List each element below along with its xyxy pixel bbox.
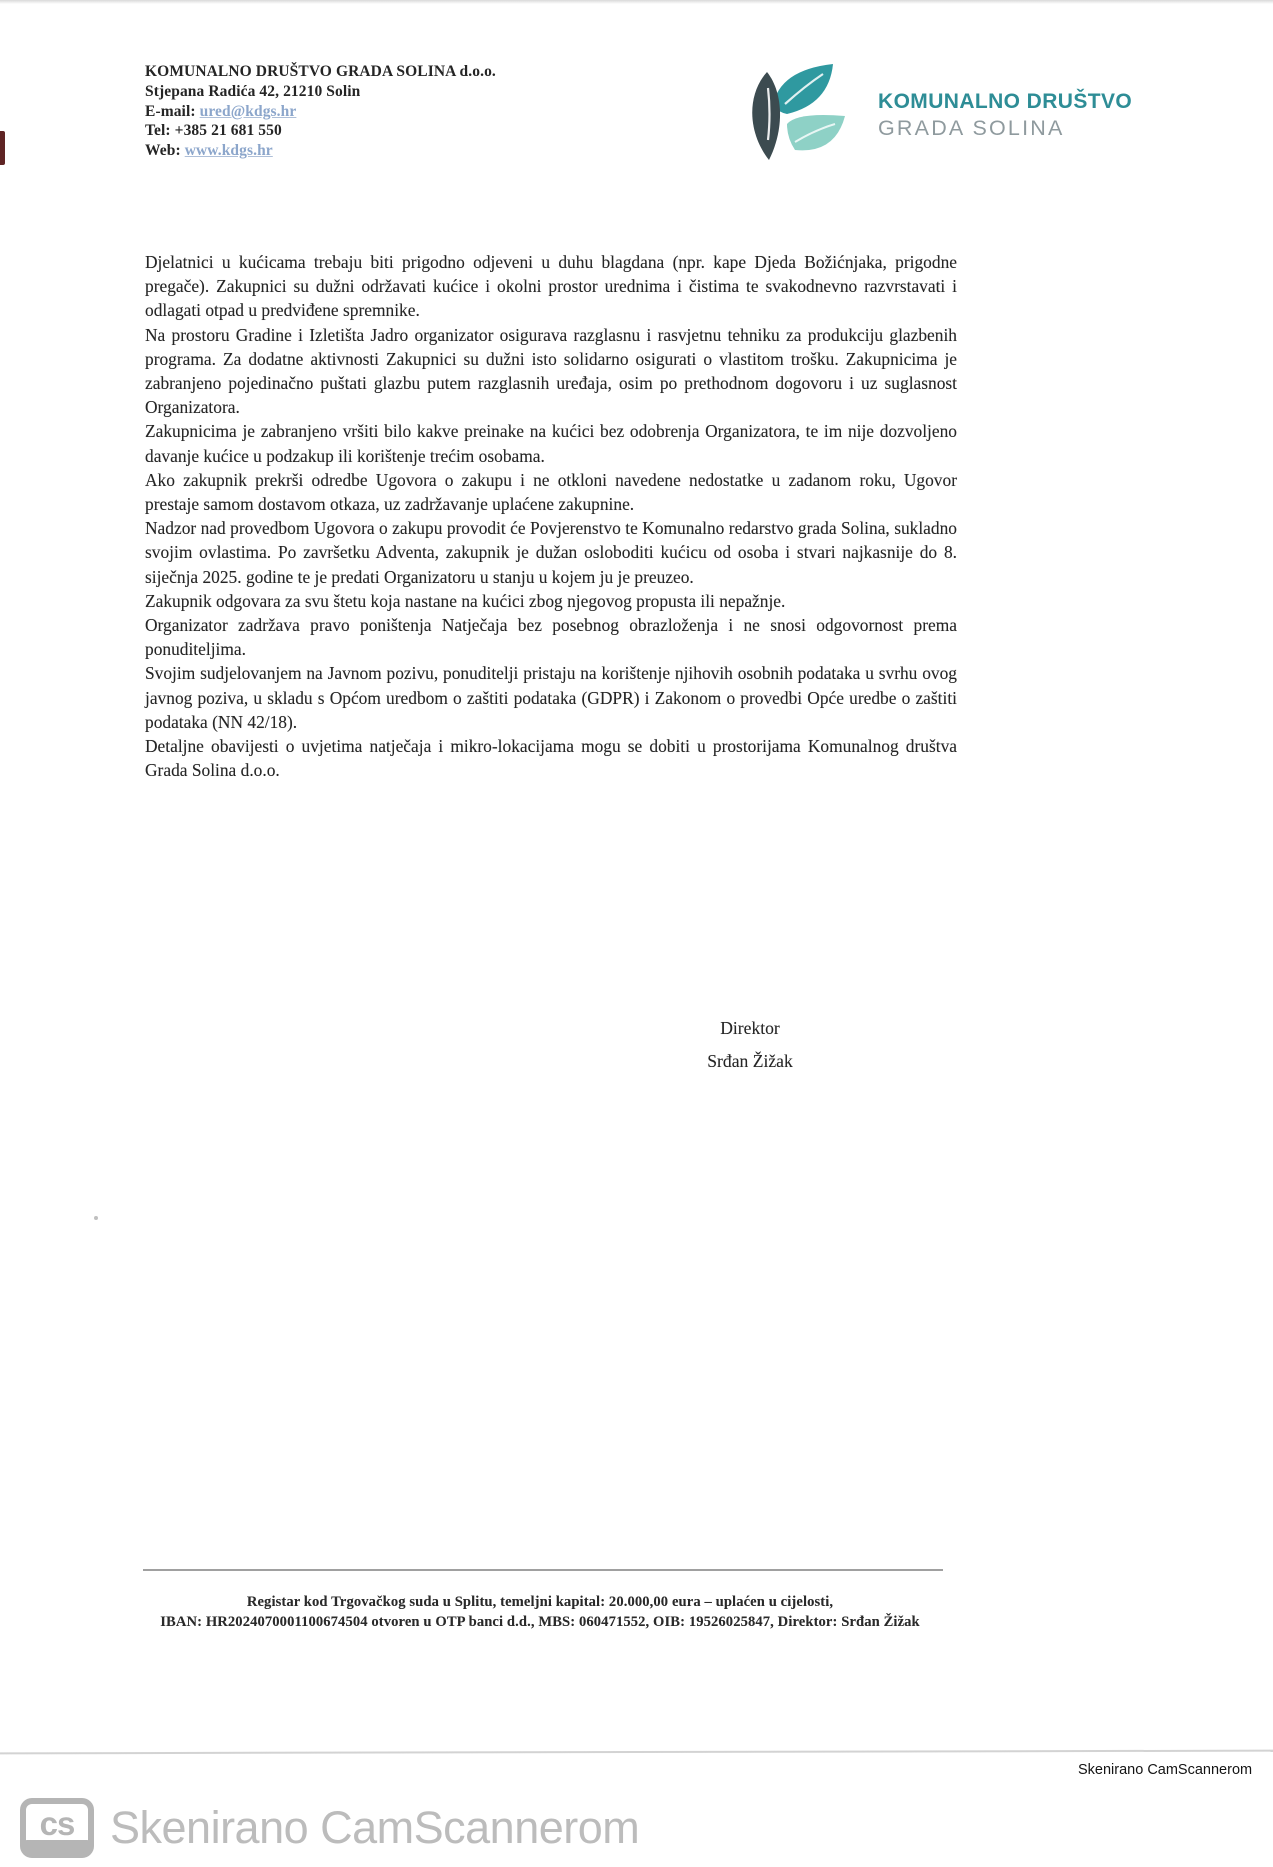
signature-block: Direktor Srđan Žižak bbox=[620, 1012, 880, 1078]
paragraph: Zakupnik odgovara za svu štetu koja nast… bbox=[145, 589, 957, 613]
footer-line-1: Registar kod Trgovačkog suda u Splitu, t… bbox=[85, 1592, 995, 1612]
camscanner-small-label: Skenirano CamScannerom bbox=[1078, 1762, 1252, 1778]
scan-top-edge-artifact bbox=[0, 0, 1273, 4]
footer-divider bbox=[143, 1569, 943, 1571]
company-phone: Tel: +385 21 681 550 bbox=[145, 121, 496, 141]
paragraph: Organizator zadržava pravo poništenja Na… bbox=[145, 613, 957, 661]
web-link[interactable]: www.kdgs.hr bbox=[185, 142, 273, 159]
signature-name: Srđan Žižak bbox=[620, 1045, 880, 1078]
paragraph: Na prostoru Gradine i Izletišta Jadro or… bbox=[145, 323, 957, 420]
company-address: Stjepana Radića 42, 21210 Solin bbox=[145, 82, 496, 102]
logo-wordmark: KOMUNALNO DRUŠTVO GRADA SOLINA bbox=[878, 90, 1132, 141]
scan-page-bottom-edge bbox=[0, 1750, 1273, 1755]
leaf-logo-icon bbox=[735, 62, 865, 170]
company-contact-block: KOMUNALNO DRUŠTVO GRADA SOLINA d.o.o. St… bbox=[145, 62, 496, 161]
company-web-line: Web: www.kdgs.hr bbox=[145, 141, 496, 161]
paragraph: Nadzor nad provedbom Ugovora o zakupu pr… bbox=[145, 516, 957, 589]
web-label: Web: bbox=[145, 142, 185, 159]
footer-line-2: IBAN: HR2024070001100674504 otvoren u OT… bbox=[85, 1612, 995, 1632]
paragraph: Detaljne obavijesti o uvjetima natječaja… bbox=[145, 734, 957, 782]
email-link[interactable]: ured@kdgs.hr bbox=[200, 103, 297, 120]
camscanner-cs-icon: cs bbox=[20, 1798, 94, 1858]
paragraph: Ako zakupnik prekrši odredbe Ugovora o z… bbox=[145, 468, 957, 516]
camscanner-watermark-label: Skenirano CamScannerom bbox=[110, 1802, 639, 1854]
email-label: E-mail: bbox=[145, 103, 200, 120]
company-logo: KOMUNALNO DRUŠTVO GRADA SOLINA bbox=[735, 60, 1165, 170]
signature-title: Direktor bbox=[620, 1012, 880, 1045]
logo-wordmark-line1: KOMUNALNO DRUŠTVO bbox=[878, 90, 1132, 114]
scan-red-edge-artifact bbox=[0, 131, 5, 165]
camscanner-watermark: cs Skenirano CamScannerom bbox=[20, 1793, 639, 1863]
paragraph: Djelatnici u kućicama trebaju biti prigo… bbox=[145, 250, 957, 323]
company-name: KOMUNALNO DRUŠTVO GRADA SOLINA d.o.o. bbox=[145, 62, 496, 82]
paragraph: Zakupnicima je zabranjeno vršiti bilo ka… bbox=[145, 419, 957, 467]
cs-badge-band bbox=[25, 1840, 89, 1853]
paragraph: Svojim sudjelovanjem na Javnom pozivu, p… bbox=[145, 661, 957, 734]
footer-legal-block: Registar kod Trgovačkog suda u Splitu, t… bbox=[85, 1592, 995, 1632]
cs-letters: cs bbox=[40, 1807, 75, 1840]
company-email-line: E-mail: ured@kdgs.hr bbox=[145, 102, 496, 122]
logo-wordmark-line2: GRADA SOLINA bbox=[878, 116, 1132, 141]
scanned-document-page: KOMUNALNO DRUŠTVO GRADA SOLINA d.o.o. St… bbox=[0, 0, 1273, 1867]
document-body: Djelatnici u kućicama trebaju biti prigo… bbox=[145, 250, 957, 782]
scan-speck-artifact bbox=[94, 1216, 98, 1220]
